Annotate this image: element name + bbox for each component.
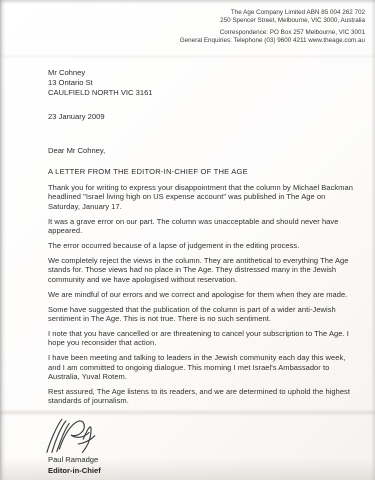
scanned-letter-page: The Age Company Limited ABN 85 004 262 7…	[0, 0, 375, 480]
signature-block: Paul Ramadge Editor-in-Chief	[40, 416, 108, 475]
letterhead: The Age Company Limited ABN 85 004 262 7…	[180, 9, 365, 44]
letter-paragraph: I have been meeting and talking to leade…	[48, 353, 356, 381]
letter-paragraph: Some have suggested that the publication…	[48, 305, 356, 324]
signer-name: Paul Ramadge	[48, 455, 108, 464]
letterhead-street-line: 250 Spencer Street, Melbourne, VIC 3000,…	[180, 17, 365, 25]
salutation: Dear Mr Cohney,	[48, 146, 105, 155]
paper-crease-upper	[0, 54, 375, 59]
letter-paragraph: It was a grave error on our part. The co…	[48, 217, 356, 236]
letter-paragraph: Rest assured, The Age listens to its rea…	[48, 387, 356, 406]
letter-paragraph: We completely reject the views in the co…	[48, 256, 356, 284]
letterhead-enquiries-line: General Enquiries: Telephone (03) 9600 4…	[180, 37, 365, 45]
subject-line: A LETTER FROM THE EDITOR-IN-CHIEF OF THE…	[48, 167, 248, 176]
recipient-name: Mr Cohney	[48, 68, 153, 78]
letter-body: Thank you for writing to express your di…	[48, 183, 356, 411]
letter-paragraph: We are mindful of our errors and we corr…	[48, 290, 356, 299]
letter-paragraph: Thank you for writing to express your di…	[48, 183, 356, 211]
recipient-address-line1: 13 Ontario St	[48, 78, 153, 88]
recipient-address-line2: CAULFIELD NORTH VIC 3161	[48, 88, 153, 98]
letterhead-company-line: The Age Company Limited ABN 85 004 262 7…	[180, 9, 365, 17]
letter-paragraph: I note that you have cancelled or are th…	[48, 329, 356, 348]
recipient-address-block: Mr Cohney 13 Ontario St CAULFIELD NORTH …	[48, 68, 153, 98]
letter-paragraph: The error occurred because of a lapse of…	[48, 241, 356, 250]
scan-edge-right	[371, 0, 375, 480]
handwritten-signature-icon	[42, 416, 108, 454]
letter-date: 23 January 2009	[48, 112, 105, 121]
scan-edge-top	[0, 0, 375, 4]
signer-title: Editor-in-Chief	[48, 466, 108, 475]
scan-edge-left	[0, 0, 6, 480]
letterhead-correspondence-line: Correspondence: PO Box 257 Melbourne, VI…	[180, 29, 365, 37]
